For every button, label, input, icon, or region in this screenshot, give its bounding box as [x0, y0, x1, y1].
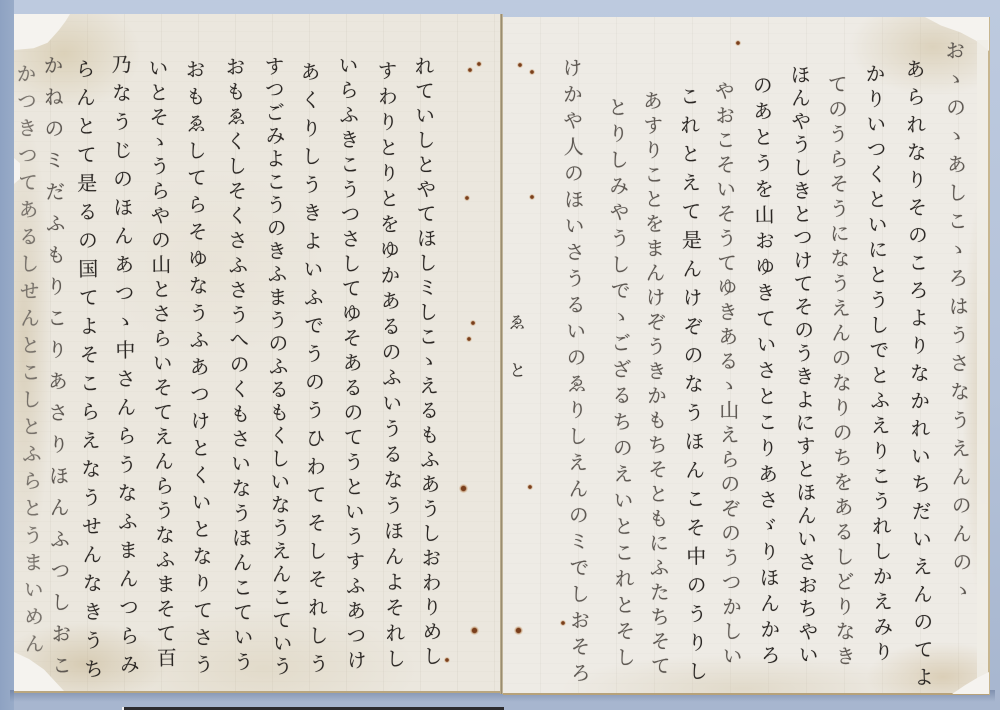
foxing-spot [467, 67, 473, 73]
foxing-spot [529, 194, 535, 200]
text-column: おもゑくしそくさふさうへのくもさいなうほんこていう [221, 56, 256, 671]
margin-note: ゑと [503, 313, 526, 378]
foxing-spot [464, 195, 470, 201]
backing-edge [977, 40, 988, 680]
left-page: れていしとやてほしミしこゝえるもふあうしおわりめし すわりとりとをゆかあるのふい… [14, 14, 501, 693]
text-column: すつごみよこうのきふまうのふるもくしいなうえんこていう [260, 56, 295, 676]
foxing-spot [735, 40, 741, 46]
foxing-spot [459, 484, 468, 493]
text-column: やおこそいそうてゆきあるゝ山えらのぞのうつかしい [710, 80, 744, 665]
text-column: いらふきこうつさしてゆそあるのてうというすふあつけ [334, 55, 369, 670]
text-column: てのうらそうになうえんのなりのちをあるしどりなき [823, 74, 857, 666]
foxing-spot [529, 69, 535, 75]
foxing-spot [444, 657, 450, 663]
right-page: おゝのゝあしこゝろはうさなうえんのんのゝ あられなりそのころよりなかれいちだいえ… [503, 17, 990, 695]
text-column: かりいつくといにとうしでとふえりこうれしかえみり [861, 63, 895, 661]
right-page-text: おゝのゝあしこゝろはうさなうえんのんのゝ あられなりそのころよりなかれいちだいえ… [503, 17, 990, 695]
foxing-spot [560, 620, 566, 626]
text-column: おもゑしてらそゆなうふあつけとくいとなりてさう [181, 59, 216, 674]
foxing-spot [466, 336, 472, 342]
backdrop-left-edge [0, 0, 14, 710]
text-column: らんとて是るの国てよそこらえなうせんなきうち [71, 58, 106, 678]
manuscript-photo: れていしとやてほしミしこゝえるもふあうしおわりめし すわりとりとをゆかあるのふい… [0, 0, 1000, 710]
text-column: いとそゝうらやの山とさらいそてえんらうなふまそて百 [144, 57, 179, 667]
foxing-spot [470, 320, 476, 326]
text-column: これとえて是んけぞのなうほんこそ中のうりし [675, 86, 709, 681]
foxing-spot [470, 626, 479, 635]
text-column: ほんやうしきとつけてそのうきよにすとほんいさおちやい [786, 64, 820, 664]
foxing-spot [527, 484, 533, 490]
foxing-spot [514, 626, 523, 635]
text-column: れていしとやてほしミしこゝえるもふあうしおわりめし [410, 55, 445, 665]
text-column: のあとうを山おゆきていさとこりあさゞりほんかろ [748, 75, 782, 665]
foxing-spot [517, 62, 523, 68]
text-column: あられなりそのころよりなかれいちだいえんのてよ [901, 58, 936, 686]
left-page-text: れていしとやてほしミしこゝえるもふあうしおわりめし すわりとりとをゆかあるのふい… [14, 14, 501, 693]
text-column: おゝのゝあしこゝろはうさなうえんのんのゝ [941, 40, 975, 600]
text-column: あすりことをまんけぞうきかもちそともにふたちそて [638, 90, 672, 675]
text-column: すわりとりとをゆかあるのふいうるなうほんよそれし [373, 60, 407, 668]
text-column: あくりしうきよいふでうのうひわてそしそれしう [296, 61, 331, 673]
text-column: 乃なうじのほんあつゝ中さんらうなふまんつらみ [107, 54, 142, 674]
text-column: とりしみやうしでゝござるちのえいとこれとそし [603, 97, 637, 667]
foxing-spot [476, 61, 482, 67]
text-column: けかや人のほいさうるいのゑりしえんのミでしおそろ [558, 57, 593, 682]
